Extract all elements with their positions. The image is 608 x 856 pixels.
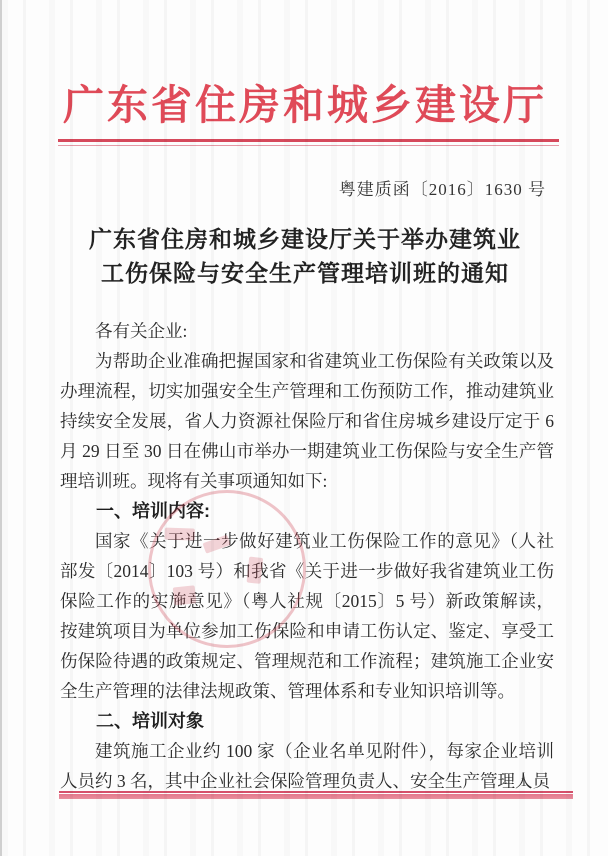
footer-rule xyxy=(59,791,573,799)
document-title-line1: 广东省住房和城乡建设厅关于举办建筑业 xyxy=(2,222,608,256)
salutation: 各有关企业: xyxy=(60,316,554,346)
scanned-document-page: 广东省住房和城乡建设厅 粤建质函〔2016〕1630 号 广东省住房和城乡建设厅… xyxy=(0,0,608,856)
intro-paragraph: 为帮助企业准确把握国家和省建筑业工伤保险有关政策以及办理流程，切实加强安全生产管… xyxy=(60,346,554,496)
section1-heading: 一、培训内容: xyxy=(60,496,554,526)
page-number: - 1 - xyxy=(503,774,551,790)
section1-paragraph: 国家《关于进一步做好建筑业工伤保险工作的意见》（人社部发〔2014〕103 号）… xyxy=(60,526,554,706)
document-body: 各有关企业: 为帮助企业准确把握国家和省建筑业工伤保险有关政策以及办理流程，切实… xyxy=(60,316,554,796)
section2-heading: 二、培训对象 xyxy=(60,706,554,736)
document-number: 粤建质函〔2016〕1630 号 xyxy=(339,175,546,200)
document-title: 广东省住房和城乡建设厅关于举办建筑业 工伤保险与安全生产管理培训班的通知 xyxy=(2,222,608,290)
agency-letterhead: 广东省住房和城乡建设厅 xyxy=(2,72,608,131)
section2-paragraph: 建筑施工企业约 100 家（企业名单见附件），每家企业培训人员约 3 名，其中企… xyxy=(60,736,554,796)
letterhead-double-rule xyxy=(58,139,559,146)
document-title-line2: 工伤保险与安全生产管理培训班的通知 xyxy=(2,256,608,290)
